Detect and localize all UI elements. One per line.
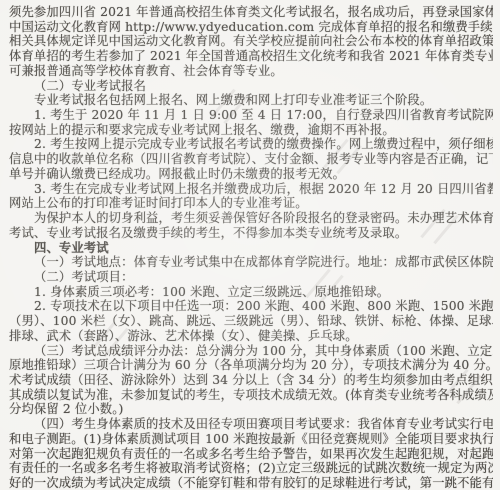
text-line: 单号并确认缴费已经成功。网报截止时仍未缴费的报考无效。 (9, 167, 493, 182)
text-line: 专业考试报名包括网上报名、网上缴费和网上打印专业准考证三个阶段。 (9, 93, 493, 108)
text-line: 术考试成绩（田径、游泳除外）达到 34 分以上（含 34 分）的考生均须参加由考… (9, 373, 493, 388)
text-line: （四）考生身体素质的技术及田径专项田赛项目考试要求：我省体育专业考试实行电子计时 (9, 417, 493, 432)
text-line: 相关具体规定详见中国运动文化教育网。有关学校应提前向社会公布本校的体育单招政策。… (9, 34, 493, 49)
text-line: 对第一次起跑犯规负有责任的一名或多名考生给予警告，如果再次发生起跑犯规，对起跑犯… (9, 447, 493, 462)
text-line: 按网站上的提示和要求完成专业考试网上报名、缴费，逾期不再补报。 (9, 123, 493, 138)
text-line: 排球、武术（套路）、游泳、艺术体操（女）、健美操、乒乓球。 (9, 329, 493, 344)
document-text-block: 须先参加四川省 2021 年普通高校招生体育类文化考试报名，报名成功后，再登录国… (9, 5, 493, 490)
text-line: 中国运动文化教育网 http://www.ydyeducation.com 完成… (9, 20, 493, 35)
text-line: 为保护本人的切身利益，考生须妥善保管好各阶段报名的登录密码。未办理艺术体育类文化 (9, 211, 493, 226)
text-line: 考试、专业考试报名及缴费手续的考生，不得参加本类专业统考及录取。 (9, 226, 493, 241)
text-line: 可兼报普通高等学校体育教育、社会体育等专业。 (9, 64, 493, 79)
text-line: 好的一次成绩为考试决定成绩（不能穿钉鞋和带有胶钉的足球鞋进行考试，第一跳不能有预… (9, 476, 493, 490)
text-line: （二）考试项目： (9, 270, 493, 285)
text-line: （一）考试地点：体育专业考试集中在成都体育学院进行。地址：成都市武侯区体院路 2… (9, 255, 493, 270)
text-line: 原地推铅球）三项合计满分为 60 分（各单项满分均为 20 分），专项技术满分为… (9, 358, 493, 373)
text-line: 信息中的收款单位名称（四川省教育考试院）、支付金额、报考专业等内容是否正确，记下… (9, 152, 493, 167)
text-line: 2. 专项技术在以下项目中任选一项：200 米跑、400 米跑、800 米跑、1… (9, 299, 493, 314)
text-line: 2. 考生按网上提示完成专业考试报名考试费的缴费操作。网上缴费过程中，须仔细核对… (9, 137, 493, 152)
section-heading: 四、专业考试 (9, 241, 493, 256)
text-line: 体育单招的考生若参加了 2021 年全国普通高校招生文化统考和我省 2021 年… (9, 49, 493, 64)
text-line: （三）考试总成绩评分办法：总分满分为 100 分，其中身体素质（100 米跑、立… (9, 344, 493, 359)
text-line: 1. 考生于 2020 年 11 月 1 日 9:00 至 4 日 17:00，… (9, 108, 493, 123)
text-line: 网站上公布的打印准考证时间打印本人的专业准考证。 (9, 196, 493, 211)
text-line: 其成绩以复试为准，未参加复试的考生，专项技术成绩无效。(体育类专业统考各科成绩及… (9, 388, 493, 403)
text-line: 和电子测距。(1)身体素质测试项目 100 米跑按最新《田径竞赛规则》全能项目要… (9, 432, 493, 447)
text-line: 须先参加四川省 2021 年普通高校招生体育类文化考试报名，报名成功后，再登录国… (9, 5, 493, 20)
text-line: 3. 考生在完成专业考试网上报名并缴费成功后，根据 2020 年 12 月 20… (9, 182, 493, 197)
scanned-notice-page: 须先参加四川省 2021 年普通高校招生体育类文化考试报名，报名成功后，再登录国… (0, 0, 500, 490)
text-line: （男）、100 米栏（女）、跳高、跳远、三级跳远（男）、铅球、铁饼、标枪、体操、… (9, 314, 493, 329)
text-line: 有责任的一名或多名考生将被取消考试资格；(2)立定三级跳远的试跳次数统一规定为两… (9, 461, 493, 476)
text-line: 分均保留 2 位小数。) (9, 402, 493, 417)
section-heading: （二）专业考试报名 (9, 79, 493, 94)
text-line: 1. 身体素质三项必考：100 米跑、立定三级跳远、原地推铅球。 (9, 285, 493, 300)
